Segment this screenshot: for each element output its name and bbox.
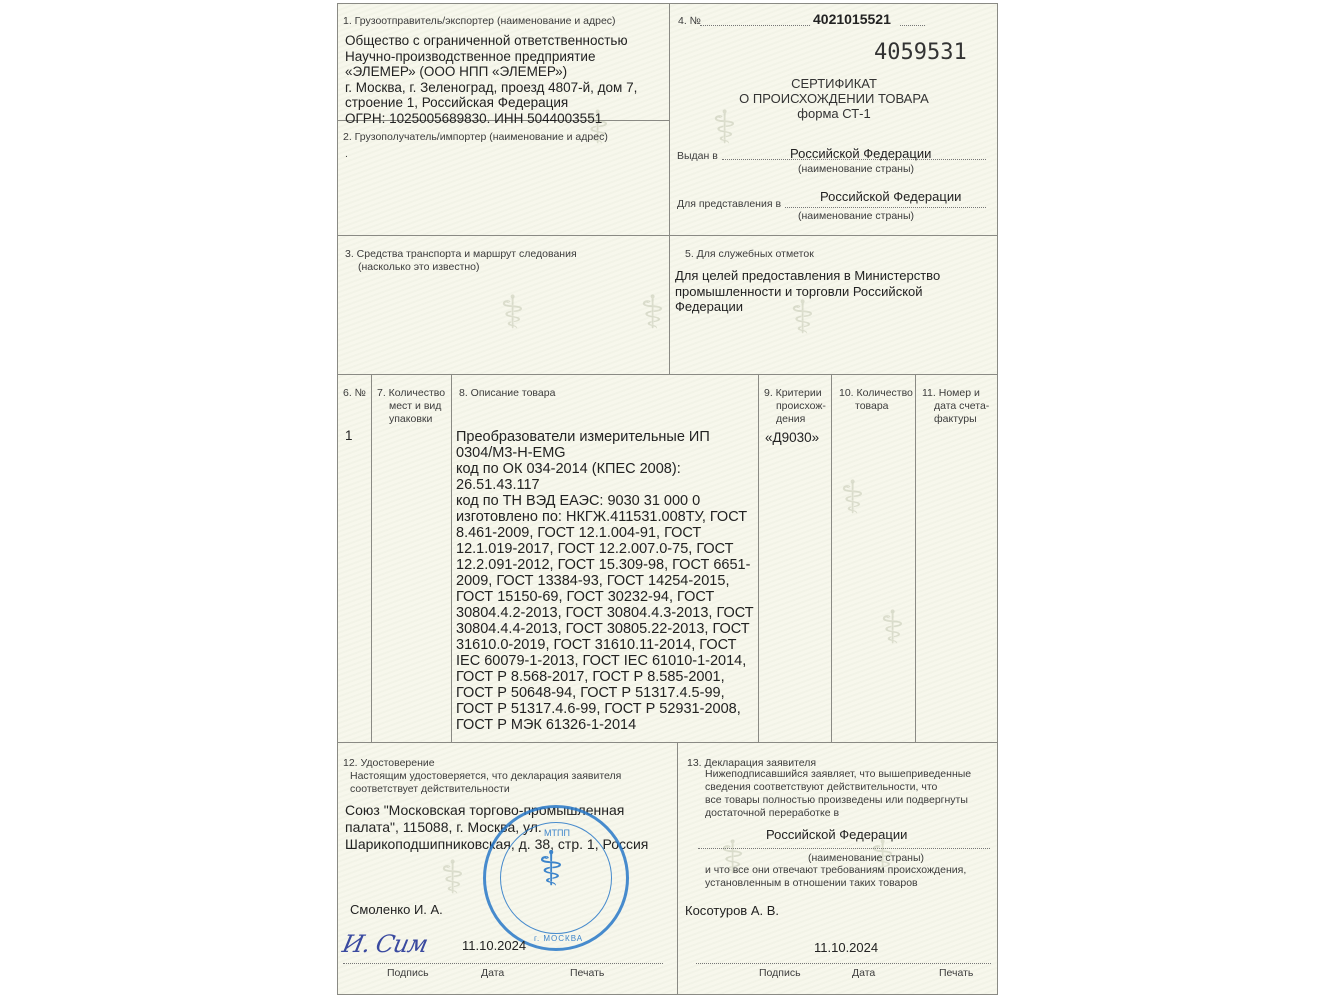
notes-line: Для целей предоставления в Министерство bbox=[675, 268, 940, 284]
description-line: 31610.0-2019, ГОСТ 31610.11-2014, ГОСТ bbox=[456, 637, 754, 653]
description-line: 26.51.43.117 bbox=[456, 477, 754, 493]
box2-label: 2. Грузополучатель/импортер (наименовани… bbox=[343, 131, 608, 144]
caption-signature: Подпись bbox=[387, 967, 429, 980]
header-line: дения bbox=[764, 413, 826, 426]
chamber-stamp: МТПП г. МОСКВА ⚕ bbox=[483, 805, 629, 951]
importer-value: . bbox=[345, 148, 348, 161]
dotted-line bbox=[698, 848, 990, 849]
header-line: фактуры bbox=[922, 413, 989, 426]
divider-table-top bbox=[337, 374, 998, 375]
divider-row2 bbox=[337, 235, 998, 236]
description-line: ГОСТ Р 51317.4.6-99, ГОСТ Р 52931-2008, bbox=[456, 701, 754, 717]
text-line: Настоящим удостоверяется, что декларация… bbox=[350, 770, 621, 783]
header-col11: 11. Номер и дата счета- фактуры bbox=[922, 387, 989, 426]
dotted-line bbox=[700, 25, 810, 26]
form-serial-number: 4059531 bbox=[874, 40, 967, 65]
declaration-date: 11.10.2024 bbox=[814, 940, 878, 956]
caption-date: Дата bbox=[481, 967, 504, 980]
description-line: 30804.4.4-2013, ГОСТ 30805.22-2013, ГОСТ bbox=[456, 621, 754, 637]
dotted-line bbox=[785, 207, 986, 208]
declarant-name: Косотуров А. В. bbox=[685, 903, 779, 919]
divider-vertical-top bbox=[669, 3, 670, 375]
text-line: установленным в отношении таких товаров bbox=[705, 877, 966, 890]
signature-line bbox=[696, 963, 991, 964]
row-number: 1 bbox=[345, 428, 353, 444]
description-line: Преобразователи измерительные ИП bbox=[456, 429, 754, 445]
watermark-emblem-icon: ⚕ bbox=[840, 470, 865, 524]
header-line: происхож- bbox=[764, 400, 826, 413]
text-line: Нижеподписавшийся заявляет, что вышеприв… bbox=[705, 768, 971, 781]
exporter-line: Научно-производственное предприятие bbox=[345, 49, 637, 65]
description-line: ГОСТ 15150-69, ГОСТ 30232-94, ГОСТ bbox=[456, 589, 754, 605]
header-line: 10. Количество bbox=[839, 387, 913, 400]
certifier-signature: И. Сим bbox=[340, 930, 430, 958]
exporter-line: «ЭЛЕМЕР» (ООО НПП «ЭЛЕМЕР») bbox=[345, 64, 637, 80]
divider-col7 bbox=[451, 374, 452, 742]
header-line: дата счета- bbox=[922, 400, 989, 413]
description-line: изготовлено по: НКГЖ.411531.008ТУ, ГОСТ bbox=[456, 509, 754, 525]
header-col8: 8. Описание товара bbox=[459, 387, 555, 400]
issued-in-label: Выдан в bbox=[677, 150, 718, 163]
signature-line bbox=[343, 963, 663, 964]
description-line: 12.1.019-2017, ГОСТ 12.2.007.0-75, ГОСТ bbox=[456, 541, 754, 557]
description-line: код по ТН ВЭД ЕАЭС: 9030 31 000 0 bbox=[456, 493, 754, 509]
header-line: 11. Номер и bbox=[922, 387, 989, 400]
for-presentation-label: Для представления в bbox=[677, 198, 781, 211]
exporter-details: Общество с ограниченной ответственностью… bbox=[345, 33, 637, 126]
org-line: Союз "Московская торгово-промышленная bbox=[345, 802, 648, 819]
description-line: 12.2.091-2012, ГОСТ 15.309-98, ГОСТ 6651… bbox=[456, 557, 754, 573]
box3-sublabel: (насколько это известно) bbox=[358, 261, 480, 274]
description-line: ГОСТ Р 50648-94, ГОСТ Р 51317.4.5-99, bbox=[456, 685, 754, 701]
description-line: 0304/М3-Н-EMG bbox=[456, 445, 754, 461]
country-caption: (наименование страны) bbox=[798, 210, 914, 223]
header-line: упаковки bbox=[377, 413, 445, 426]
divider-vertical-bottom bbox=[677, 742, 678, 995]
text-line: и что все они отвечают требованиям проис… bbox=[705, 864, 966, 877]
divider-col8 bbox=[758, 374, 759, 742]
description-line: ГОСТ Р 8.568-2017, ГОСТ Р 8.585-2001, bbox=[456, 669, 754, 685]
for-presentation-country: Российской Федерации bbox=[820, 189, 961, 204]
origin-criteria: «Д9030» bbox=[765, 430, 819, 446]
description-line: 30804.4.2-2013, ГОСТ 30804.4.3-2013, ГОС… bbox=[456, 605, 754, 621]
notes-line: промышленности и торговли Российской bbox=[675, 284, 940, 300]
exporter-line: г. Москва, г. Зеленоград, проезд 4807-й,… bbox=[345, 80, 637, 96]
certificate-title: СЕРТИФИКАТ О ПРОИСХОЖДЕНИИ ТОВАРА форма … bbox=[670, 76, 998, 121]
watermark-emblem-icon: ⚕ bbox=[640, 285, 665, 339]
text-line: достаточной переработке в bbox=[705, 807, 971, 820]
text-line: все товары полностью произведены или под… bbox=[705, 794, 971, 807]
description-line: 8.461-2009, ГОСТ 12.1.004-91, ГОСТ bbox=[456, 525, 754, 541]
divider-col10 bbox=[915, 374, 916, 742]
box4-label: 4. № bbox=[678, 15, 701, 28]
header-line: 7. Количество bbox=[377, 387, 445, 400]
caption-date: Дата bbox=[852, 967, 875, 980]
watermark-emblem-icon: ⚕ bbox=[440, 850, 465, 904]
header-col10: 10. Количество товара bbox=[839, 387, 913, 413]
issued-in-country: Российской Федерации bbox=[790, 146, 931, 161]
box12-label: 12. Удостоверение bbox=[343, 757, 435, 770]
header-line: 9. Критерии bbox=[764, 387, 826, 400]
description-line: IEC 60079-1-2013, ГОСТ IEC 61010-1-2014, bbox=[456, 653, 754, 669]
exporter-line: ОГРН: 1025005689830. ИНН 5044003551 bbox=[345, 111, 637, 127]
divider-table-bottom bbox=[337, 742, 998, 743]
declaration-text: Нижеподписавшийся заявляет, что вышеприв… bbox=[705, 768, 971, 820]
header-line: товара bbox=[839, 400, 913, 413]
text-line: сведения соответствуют действительности,… bbox=[705, 781, 971, 794]
text-line: соответствует действительности bbox=[350, 783, 621, 796]
title-line: О ПРОИСХОЖДЕНИИ ТОВАРА bbox=[670, 91, 998, 106]
caption-stamp: Печать bbox=[570, 967, 604, 980]
header-line: мест и вид bbox=[377, 400, 445, 413]
stamp-center-text: МТПП bbox=[544, 828, 570, 838]
notes-line: Федерации bbox=[675, 299, 940, 315]
box3-label: 3. Средства транспорта и маршрут следова… bbox=[345, 248, 577, 261]
caduceus-icon: ⚕ bbox=[538, 846, 564, 894]
header-col9: 9. Критерии происхож- дения bbox=[764, 387, 826, 426]
certification-text: Настоящим удостоверяется, что декларация… bbox=[350, 770, 621, 796]
stamp-ring-bottom: г. МОСКВА bbox=[534, 934, 583, 943]
certifier-name: Смоленко И. А. bbox=[350, 902, 443, 918]
header-col7: 7. Количество мест и вид упаковки bbox=[377, 387, 445, 426]
country-caption: (наименование страны) bbox=[798, 163, 914, 176]
declaration-text-2: и что все они отвечают требованиям проис… bbox=[705, 864, 966, 890]
official-notes: Для целей предоставления в Министерство … bbox=[675, 268, 940, 315]
description-line: код по ОК 034-2014 (КПЕС 2008): bbox=[456, 461, 754, 477]
exporter-line: Общество с ограниченной ответственностью bbox=[345, 33, 637, 49]
caption-signature: Подпись bbox=[759, 967, 801, 980]
box1-label: 1. Грузоотправитель/экспортер (наименова… bbox=[343, 15, 616, 28]
certificate-number: 4021015521 bbox=[813, 11, 891, 27]
header-col6: 6. № bbox=[343, 387, 366, 400]
exporter-line: строение 1, Российская Федерация bbox=[345, 95, 637, 111]
certification-date: 11.10.2024 bbox=[462, 938, 526, 954]
description-line: ГОСТ Р МЭК 61326-1-2014 bbox=[456, 717, 754, 733]
box5-label: 5. Для служебных отметок bbox=[685, 248, 814, 261]
watermark-emblem-icon: ⚕ bbox=[500, 285, 525, 339]
watermark-emblem-icon: ⚕ bbox=[880, 600, 905, 654]
description-line: 2009, ГОСТ 13384-93, ГОСТ 14254-2015, bbox=[456, 573, 754, 589]
dotted-line bbox=[900, 25, 925, 26]
goods-description: Преобразователи измерительные ИП0304/М3-… bbox=[456, 429, 754, 733]
title-line: форма СТ-1 bbox=[670, 106, 998, 121]
declared-country: Российской Федерации bbox=[766, 827, 907, 842]
caption-stamp: Печать bbox=[939, 967, 973, 980]
title-line: СЕРТИФИКАТ bbox=[670, 76, 998, 91]
divider-col9 bbox=[831, 374, 832, 742]
divider-col6 bbox=[371, 374, 372, 742]
